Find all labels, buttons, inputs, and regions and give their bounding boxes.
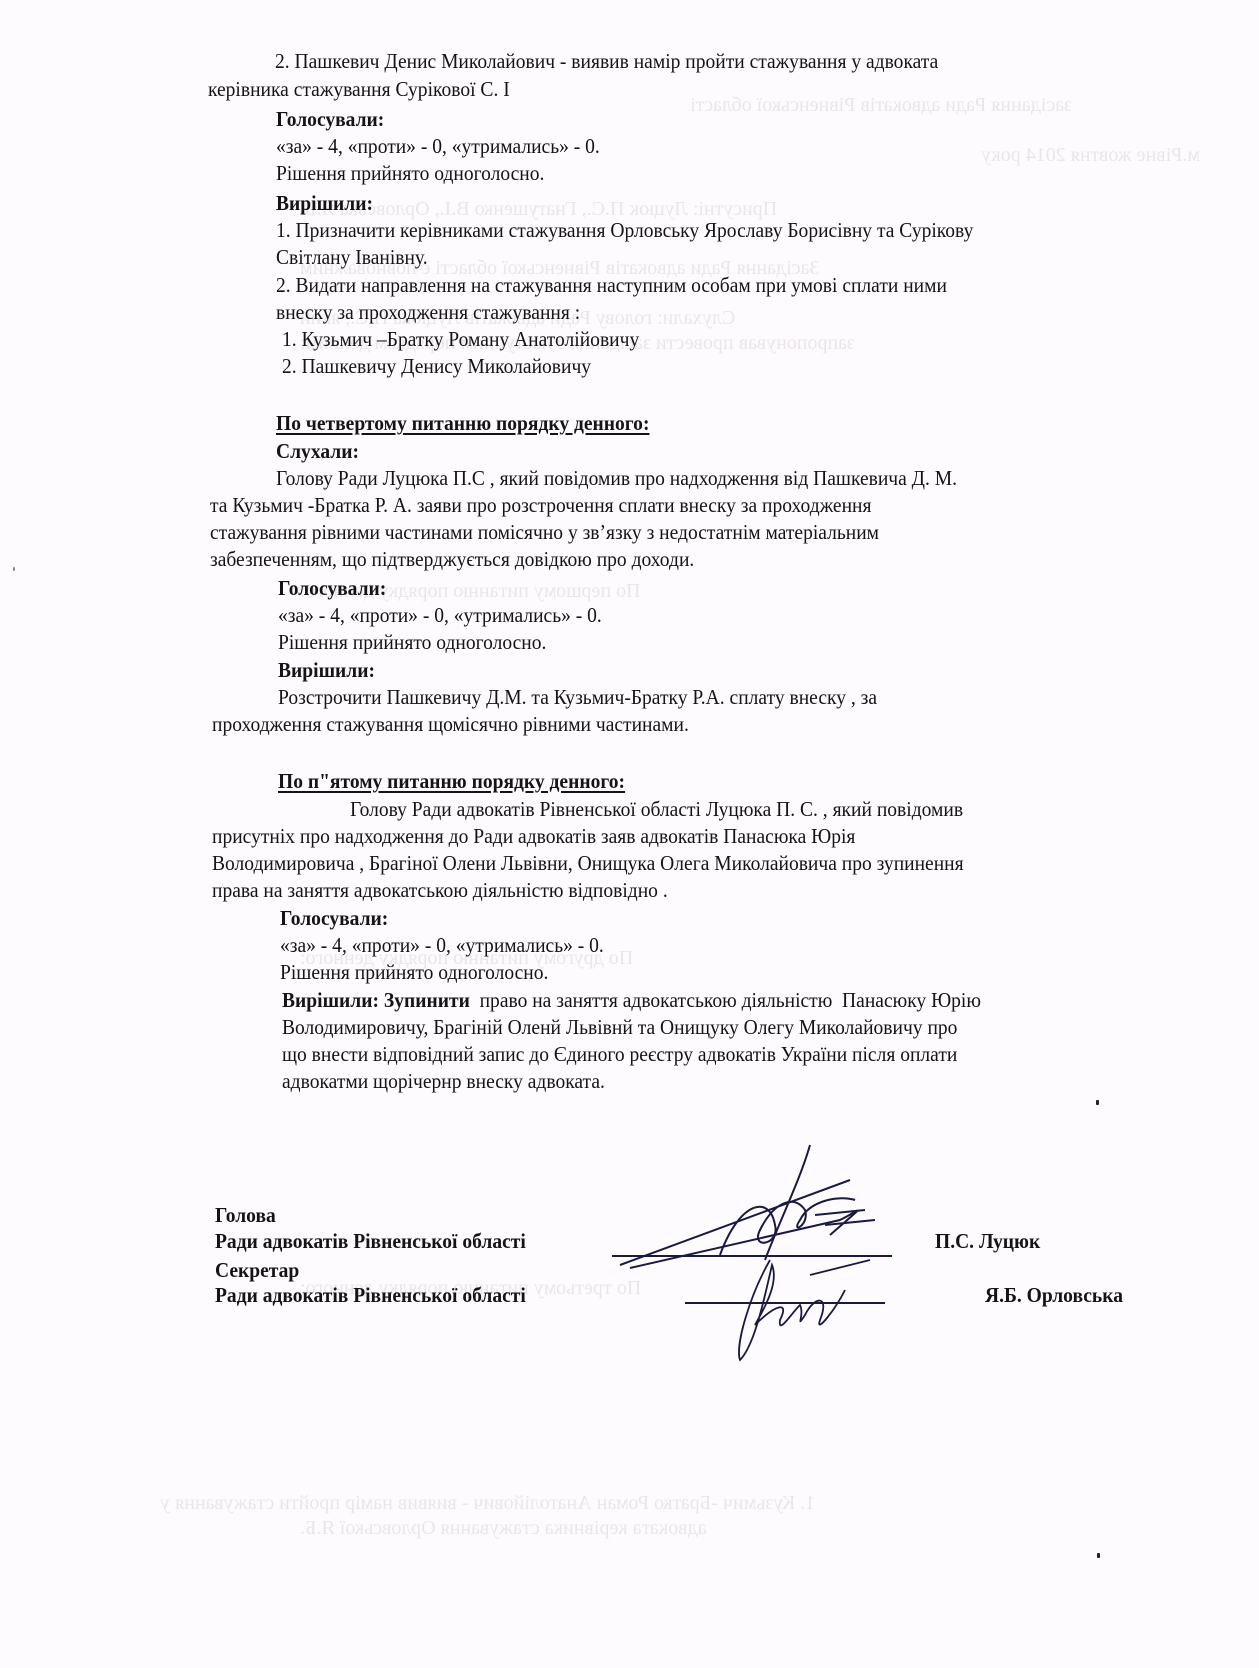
section5-vote-result: «за» - 4, «проти» - 0, «утримались» - 0. [280, 932, 604, 958]
section4-heard-line: стажування рівними частинами помісячно у… [210, 519, 879, 545]
decided-text: право на заняття адвокатською діяльністю… [470, 988, 981, 1012]
section5-title: По п"ятому питанню порядку денного: [278, 768, 625, 794]
decided-point2-line2: внеску за проходження стажування : [276, 299, 580, 325]
bleed-through-text: 1. Кузьмич -Братко Роман Анатолійович - … [160, 1490, 815, 1516]
secretary-signature [720, 1255, 880, 1365]
decided-point2-line1: 2. Видати направлення на стажування наст… [276, 272, 947, 298]
section5-decided-line: Володимировичу, Брагіній Оленй Львівнй т… [282, 1014, 957, 1040]
section4-heard-line: забезпеченням, що підтверджується довідк… [210, 546, 694, 572]
section5-vote-decision: Рішення прийнято одноголосно. [280, 959, 548, 985]
decided-point1-line1: 1. Призначити керівниками стажування Орл… [276, 217, 973, 243]
person-item: 1. Кузьмич –Братку Роману Анатолійовичу [282, 326, 639, 352]
vote-decision: Рішення прийнято одноголосно. [276, 160, 544, 186]
section4-decided-line: Розстрочити Пашкевичу Д.М. та Кузьмич-Бр… [278, 684, 877, 710]
section4-vote-heading: Голосували: [278, 575, 386, 601]
section4-heard-line: та Кузьмич -Братка Р. А. заяви про розст… [210, 492, 871, 518]
vote-result: «за» - 4, «проти» - 0, «утримались» - 0. [276, 133, 600, 159]
decided-heading: Вирішили: [282, 988, 379, 1012]
scan-speck [1096, 1100, 1099, 1105]
section4-heard-line: Голову Ради Луцюка П.С , який повідомив … [276, 465, 957, 491]
decided-verb: Зупинити [384, 988, 470, 1012]
scan-speck [1097, 1553, 1100, 1558]
section5-heard-line: Володимировича , Брагіної Олени Львівни,… [212, 850, 964, 876]
section5-heard-line: Голову Ради адвокатів Рівненської област… [350, 796, 963, 822]
section5-heard-line: присутніх про надходження до Ради адвока… [212, 823, 855, 849]
chair-name: П.С. Луцюк [935, 1228, 1040, 1254]
section4-title: По четвертому питанню порядку денного: [276, 410, 649, 436]
section5-vote-heading: Голосували: [280, 905, 388, 931]
secretary-title-line2: Ради адвокатів Рівненської області [215, 1282, 526, 1308]
secretary-name: Я.Б. Орловська [985, 1282, 1123, 1308]
bleed-through-text: адвоката керівника стажування Орловської… [300, 1515, 707, 1541]
decided-point1-line2: Світлану Іванівну. [276, 244, 428, 270]
vote-heading: Голосували: [276, 106, 384, 132]
bleed-through-text: засідання Ради адвокатів Рівненської обл… [690, 92, 1072, 118]
candidate-2-line1: 2. Пашкевич Денис Миколайович - виявив н… [275, 48, 1138, 74]
chair-title-line2: Ради адвокатів Рівненської області [215, 1228, 526, 1254]
section5-decided-line: що внести відповідний запис до Єдиного р… [282, 1041, 957, 1067]
section5-heard-line: права на заняття адвокатською діяльністю… [212, 877, 668, 903]
section4-heard-heading: Слухали: [276, 438, 359, 464]
section4-vote-decision: Рішення прийнято одноголосно. [278, 629, 546, 655]
scan-speck [13, 567, 15, 571]
section4-decided-line: проходження стажування щомісячно рівними… [212, 711, 689, 737]
section4-decided-heading: Вирішили: [278, 657, 375, 683]
section4-vote-result: «за» - 4, «проти» - 0, «утримались» - 0. [278, 602, 602, 628]
section5-decided-line: адвокатми щорічернр внеску адвоката. [282, 1068, 605, 1094]
chair-title-line1: Голова [215, 1202, 276, 1228]
text: 2. Пашкевич Денис Миколайович - виявив н… [275, 49, 938, 73]
section5-decided-line1: Вирішили: Зупинити право на заняття адво… [282, 987, 981, 1013]
decided-heading: Вирішили: [276, 190, 373, 216]
candidate-2-line2: керівника стажування Сурікової С. І [208, 76, 510, 102]
secretary-title-line1: Секретар [215, 1257, 299, 1283]
scanned-protocol-page: засідання Ради адвокатів Рівненської обл… [0, 0, 1259, 1668]
person-item: 2. Пашкевичу Денису Миколайовичу [282, 353, 591, 379]
